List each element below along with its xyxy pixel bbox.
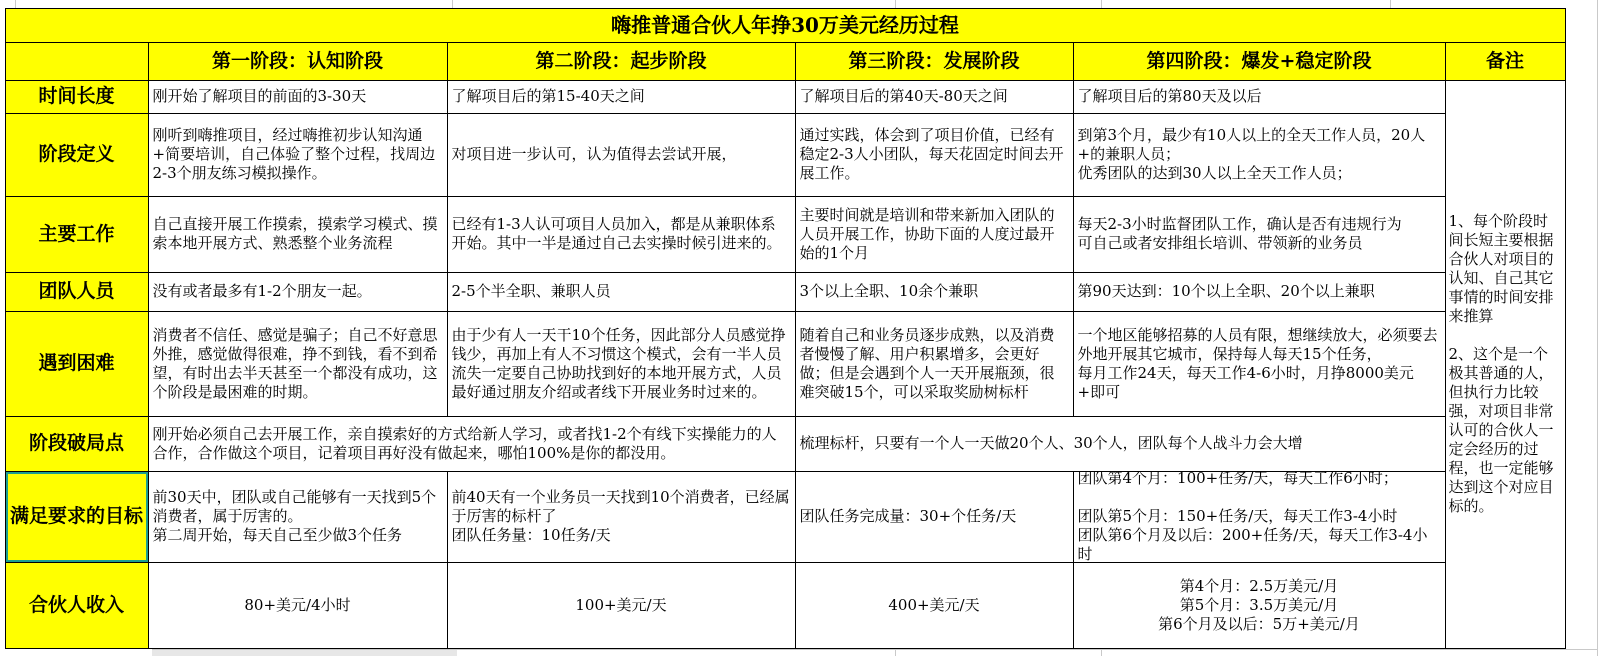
- table-cell[interactable]: 没有或者最多有1-2个朋友一起。: [148, 272, 448, 312]
- table-cell[interactable]: 随着自己和业务员逐步成熟，以及消费者慢慢了解、用户积累增多，会更好做；但是会遇到…: [795, 311, 1074, 417]
- spreadsheet-canvas: 嗨推普通合伙人年挣30万美元经历过程 第一阶段：认知阶段 第二阶段：起步阶段 第…: [0, 0, 1605, 656]
- gridline: [152, 649, 1597, 650]
- table-cell[interactable]: 刚开始了解项目的前面的3-30天: [148, 80, 448, 114]
- column-header-stage2[interactable]: 第二阶段：起步阶段: [447, 42, 796, 81]
- table-cell[interactable]: 到第3个月，最少有10人以上的全天工作人员，20人+的兼职人员； 优秀团队的达到…: [1073, 113, 1446, 197]
- gridline: [895, 648, 896, 656]
- row-header-partner-income[interactable]: 合伙人收入: [5, 562, 149, 649]
- table-cell[interactable]: 了解项目后的第80天及以后: [1073, 80, 1446, 114]
- table-cell[interactable]: 刚听到嗨推项目，经过嗨推初步认知沟通+简要培训，自己体验了整个过程，找周边2-3…: [148, 113, 448, 197]
- table-cell[interactable]: 对项目进一步认可，认为值得去尝试开展，: [447, 113, 796, 197]
- table-cell[interactable]: 80+美元/4小时: [148, 562, 448, 649]
- row-header-duration[interactable]: 时间长度: [5, 80, 149, 114]
- table-cell[interactable]: 一个地区能够招募的人员有限，想继续放大，必须要去外地开展其它城市，保持每人每天1…: [1073, 311, 1446, 417]
- table-cell[interactable]: 第4个月：2.5万美元/月 第5个月：3.5万美元/月 第6个月及以后：5万+美…: [1073, 562, 1446, 649]
- corner-cell[interactable]: [5, 42, 149, 81]
- row-header-difficulties[interactable]: 遇到困难: [5, 311, 149, 417]
- partner-stages-table: 嗨推普通合伙人年挣30万美元经历过程 第一阶段：认知阶段 第二阶段：起步阶段 第…: [5, 8, 1565, 648]
- table-cell[interactable]: 400+美元/天: [795, 562, 1074, 649]
- table-cell[interactable]: 100+美元/天: [447, 562, 796, 649]
- table-cell[interactable]: 团队任务完成量：30+个任务/天: [795, 471, 1074, 563]
- table-cell[interactable]: 由于少有人一天干10个任务，因此部分人员感觉挣钱少，再加上有人不习惯这个模式，会…: [447, 311, 796, 417]
- table-cell[interactable]: 第90天达到：10个以上全职、20个以上兼职: [1073, 272, 1446, 312]
- table-cell[interactable]: 已经有1-3人认可项目人员加入，都是从兼职体系开始。其中一半是通过自己去实操时候…: [447, 196, 796, 273]
- table-cell-merged[interactable]: 梳理标杆，只要有一个人一天做20个人、30个人，团队每个人战斗力会大增: [795, 416, 1446, 472]
- table-cell[interactable]: 了解项目后的第15-40天之间: [447, 80, 796, 114]
- table-cell[interactable]: 前40天有一个业务员一天找到10个消费者，已经属于厉害的标杆了 团队任务量：10…: [447, 471, 796, 563]
- gridline: [1597, 0, 1598, 656]
- table-cell[interactable]: 消费者不信任、感觉是骗子；自己不好意思外推，感觉做得很难，挣不到钱，看不到希望，…: [148, 311, 448, 417]
- column-header-stage1[interactable]: 第一阶段：认知阶段: [148, 42, 448, 81]
- column-header-notes[interactable]: 备注: [1445, 42, 1566, 81]
- table-cell[interactable]: 3个以上全职、10余个兼职: [795, 272, 1074, 312]
- table-cell[interactable]: 主要时间就是培训和带来新加入团队的人员开展工作，协助下面的人度过最开始的1个月: [795, 196, 1074, 273]
- row-header-stage-definition[interactable]: 阶段定义: [5, 113, 149, 197]
- row-header-breakthrough[interactable]: 阶段破局点: [5, 416, 149, 472]
- column-header-stage4[interactable]: 第四阶段：爆发+稳定阶段: [1073, 42, 1446, 81]
- row-header-team-members[interactable]: 团队人员: [5, 272, 149, 312]
- table-cell[interactable]: 团队第4个月：100+任务/天，每天工作6小时； 团队第5个月：150+任务/天…: [1073, 471, 1446, 563]
- row-header-target-goals[interactable]: 满足要求的目标: [5, 471, 149, 563]
- sheet-cell-shaded: [152, 649, 457, 656]
- table-cell[interactable]: 2-5个半全职、兼职人员: [447, 272, 796, 312]
- column-header-stage3[interactable]: 第三阶段：发展阶段: [795, 42, 1074, 81]
- notes-cell[interactable]: 1、每个阶段时间长短主要根据合伙人对项目的认知、自己其它事情的时间安排来推算 2…: [1445, 80, 1566, 649]
- table-cell[interactable]: 通过实践，体会到了项目价值，已经有稳定2-3人小团队，每天花固定时间去开展工作。: [795, 113, 1074, 197]
- row-header-main-work[interactable]: 主要工作: [5, 196, 149, 273]
- table-cell[interactable]: 了解项目后的第40天-80天之间: [795, 80, 1074, 114]
- table-cell-merged[interactable]: 刚开始必须自己去开展工作，亲自摸索好的方式给新人学习，或者找1-2个有线下实操能…: [148, 416, 796, 472]
- gridline: [1101, 648, 1102, 656]
- table-cell[interactable]: 前30天中，团队或自己能够有一天找到5个消费者，属于厉害的。 第二周开始，每天自…: [148, 471, 448, 563]
- table-cell[interactable]: 每天2-3小时监督团队工作，确认是否有违规行为 可自己或者安排组长培训、带领新的…: [1073, 196, 1446, 273]
- table-cell[interactable]: 自己直接开展工作摸索，摸索学习模式、摸索本地开展方式、熟悉整个业务流程: [148, 196, 448, 273]
- table-title[interactable]: 嗨推普通合伙人年挣30万美元经历过程: [5, 8, 1566, 43]
